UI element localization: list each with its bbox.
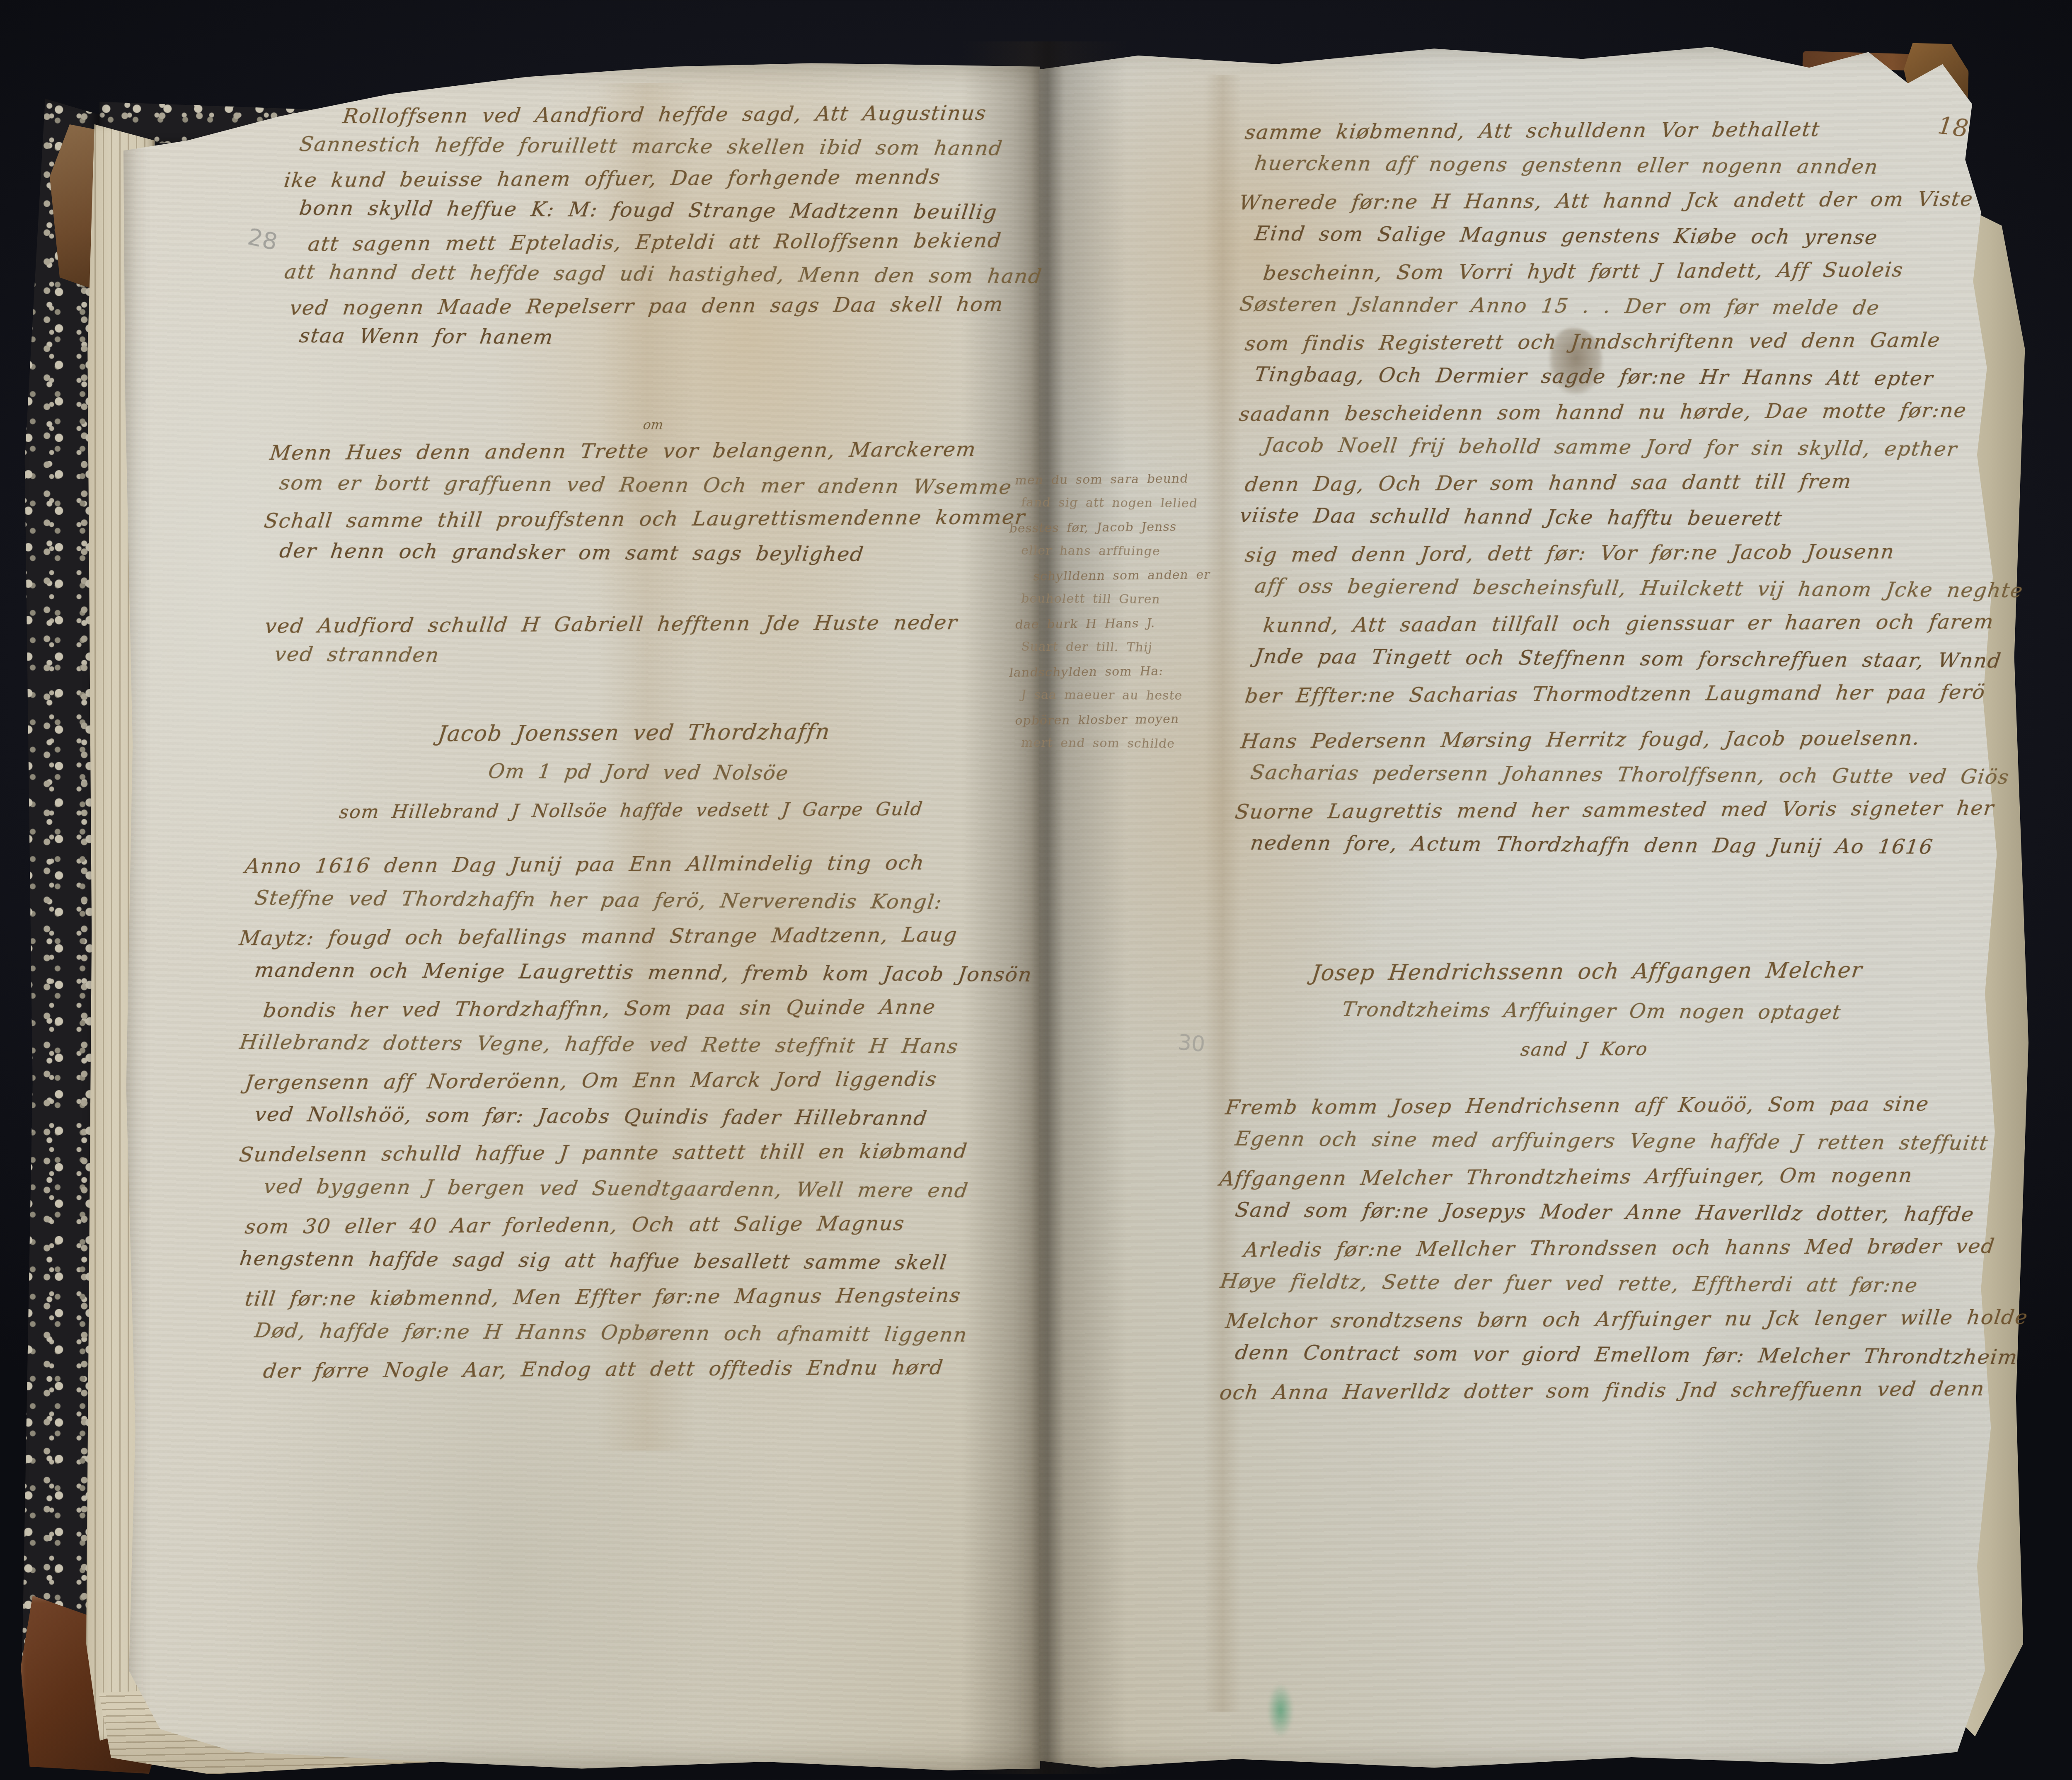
manuscript-line: viiste Daa schulld hannd Jcke hafftu beu…	[1237, 498, 2026, 538]
manuscript-line: Jacob Noell frij beholld samme Jord for …	[1261, 427, 2026, 467]
manuscript-line: dae burk H Hans J.	[1013, 610, 1274, 637]
left-heading: Jacob Joenssen ved ThordzhaffnOm 1 pd Jo…	[257, 714, 1011, 831]
manuscript-line: hengstenn haffde sagd sig att haffue bes…	[237, 1240, 1034, 1281]
manuscript-line: Schall samme thill prouffstenn och Laugr…	[262, 500, 1028, 538]
manuscript-line: ved byggenn J bergen ved Suendtgaardenn,…	[261, 1168, 1034, 1209]
manuscript-line: Trondtzheims Arffuinger Om nogen optaget	[1246, 989, 1938, 1032]
manuscript-line: Sand som før:ne Josepys Moder Anne Haver…	[1233, 1192, 2030, 1233]
manuscript-line: ber Effter:ne Sacharias Thormodtzenn Lau…	[1243, 674, 2026, 714]
manuscript-line: kunnd, Att saadan tillfall och gienssuar…	[1261, 604, 2026, 643]
manuscript-line: Om 1 pd Jord ved Nolsöe	[264, 751, 1014, 794]
manuscript-line: Anno 1616 denn Dag Junij paa Enn Allmind…	[243, 844, 1035, 884]
manuscript-line: som findis Registerett och Jnndschriften…	[1243, 322, 2026, 361]
right-gutter-marginal-note: men du som sara beundfand sig att nogen …	[1015, 467, 1272, 756]
right-closing-signatures: Hans Pedersenn Mørsing Herritz fougd, Ja…	[1241, 722, 2010, 863]
manuscript-line: Fremb komm Josep Hendrichsenn aff Kouöö,…	[1223, 1086, 2030, 1126]
right-heading: Josep Hendrichssenn och Affgangen Melche…	[1239, 952, 1935, 1069]
manuscript-line: denn Contract som vor giord Emellom før:…	[1233, 1335, 2030, 1376]
manuscript-line: huerckenn aff nogens genstenn eller noge…	[1252, 145, 2026, 185]
manuscript-line: staa Wenn for hanem	[298, 320, 1044, 356]
manuscript-line: ved nogenn Maade Repelserr paa denn sags…	[288, 288, 1045, 324]
manuscript-line: Sacharias pedersenn Johannes Thorolffsen…	[1248, 755, 2011, 794]
manuscript-line: Egenn och sine med arffuingers Vegne haf…	[1233, 1121, 2030, 1162]
manuscript-line: nedenn fore, Actum Thordzhaffn denn Dag …	[1248, 825, 2011, 865]
manuscript-line: ike kund beuisse hanem offuer, Dae forhg…	[282, 160, 1045, 196]
manuscript-line: Jacob Joenssen ved Thordzhaffn	[254, 712, 1014, 755]
manuscript-line: Søsteren Jslannder Anno 15 . . Der om fø…	[1237, 286, 2026, 327]
manuscript-line: Arledis før:ne Mellcher Throndssen och h…	[1242, 1228, 2030, 1268]
manuscript-line: landschylden som Ha:	[1007, 659, 1274, 685]
manuscript-line: beuholett till Guren	[1019, 587, 1273, 613]
left-paragraph-2: Menn Hues denn andenn Trette vor belange…	[270, 434, 1025, 570]
manuscript-line: Suorne Laugrettis mend her sammested med…	[1233, 790, 2012, 830]
manuscript-line: till før:ne kiøbmennd, Men Effter før:ne…	[243, 1277, 1035, 1317]
manuscript-line: Rolloffsenn ved Aandfiord heffde sagd, A…	[341, 97, 1045, 133]
manuscript-photo: { "document": { "description": "Open bou…	[0, 0, 2072, 1780]
manuscript-line: der førre Nogle Aar, Endog att dett offt…	[261, 1349, 1035, 1389]
left-paragraph-3: ved Audfiord schulld H Gabriell hefftenn…	[265, 608, 957, 672]
manuscript-line: besstes før, Jacob Jenss	[1007, 514, 1274, 541]
manuscript-line: och Anna Haverlldz dotter som findis Jnd…	[1218, 1371, 2030, 1411]
manuscript-line: men du som sara beund	[1013, 466, 1274, 493]
manuscript-line: bonn skylld heffue K: M: fougd Strange M…	[298, 192, 1044, 229]
manuscript-line: Wnerede før:ne H Hanns, Att hannd Jck an…	[1237, 181, 2026, 220]
manuscript-line: opbören klosber moyen	[1013, 707, 1274, 733]
manuscript-line: Sannestich heffde foruillett marcke skel…	[298, 128, 1044, 165]
manuscript-line: aff oss begierend bescheinsfull, Huilcke…	[1252, 568, 2026, 608]
manuscript-line: bescheinn, Som Vorri hydt førtt J landet…	[1261, 252, 2026, 291]
left-paragraph-1: Rolloffsenn ved Aandfiord heffde sagd, A…	[290, 99, 1042, 354]
manuscript-line: eller hans arffuinge	[1019, 539, 1273, 564]
manuscript-line: Steffne ved Thordzhaffn her paa ferö, Ne…	[252, 880, 1034, 920]
manuscript-line: Jnde paa Tingett och Steffnenn som forsc…	[1252, 639, 2026, 678]
manuscript-line: Josep Hendrichssenn och Affgangen Melche…	[1237, 951, 1938, 993]
manuscript-line: samme kiøbmennd, Att schulldenn Vor beth…	[1243, 111, 2026, 150]
manuscript-line: Melchor srondtzsens børn och Arffuinger …	[1223, 1300, 2030, 1339]
manuscript-line: Sundelsenn schulld haffue J pannte satte…	[237, 1133, 1035, 1173]
green-smudge-stain	[1267, 1683, 1294, 1737]
manuscript-line: som er bortt graffuenn ved Roenn Och mer…	[277, 466, 1027, 505]
manuscript-line: Høye fieldtz, Sette der fuer ved rette, …	[1218, 1264, 2030, 1304]
manuscript-line: sand J Koro	[1231, 1029, 1938, 1071]
right-paragraph-1: samme kiøbmennd, Att schulldenn Vor beth…	[1245, 113, 2024, 712]
manuscript-line: ved Audfiord schulld H Gabriell hefftenn…	[263, 607, 960, 642]
manuscript-line: att sagenn mett Epteladis, Epteldi att R…	[306, 224, 1045, 260]
manuscript-line: sig med denn Jord, dett før: Vor før:ne …	[1243, 533, 2026, 573]
manuscript-line: ved strannden	[273, 638, 959, 674]
manuscript-line: Hillebrandz dotters Vegne, haffde ved Re…	[237, 1024, 1034, 1065]
manuscript-line: Død, haffde før:ne H Hanns Opbørenn och …	[252, 1313, 1034, 1353]
manuscript-line: J saa maeuer au heste	[1019, 683, 1273, 709]
manuscript-line: Affgangenn Melcher Throndtzheims Arffuin…	[1218, 1157, 2030, 1197]
manuscript-line: ved Nollshöö, som før: Jacobs Quindis fa…	[252, 1096, 1034, 1137]
manuscript-line: bondis her ved Thordzhaffnn, Som paa sin…	[261, 988, 1035, 1029]
manuscript-line: fand sig att nogen lelied	[1019, 491, 1273, 516]
left-interline-word: om	[642, 418, 664, 433]
pencil-folio-mark-right: 30	[1177, 1030, 1206, 1057]
manuscript-line: Suart der till. Thij	[1019, 635, 1273, 661]
manuscript-line: Eind som Salige Magnus genstens Kiøbe oc…	[1252, 216, 2026, 256]
manuscript-line: schylldenn som anden er	[1031, 562, 1274, 589]
manuscript-line: Menn Hues denn andenn Trette vor belange…	[268, 432, 1028, 470]
manuscript-line: saadann bescheidenn som hannd nu hørde, …	[1237, 392, 2026, 432]
manuscript-line: att hannd dett heffde sagd udi hastighed…	[283, 256, 1044, 292]
left-paragraph-4: Anno 1616 denn Dag Junij paa Enn Allmind…	[245, 846, 1033, 1387]
manuscript-line: Tingbaag, Och Dermier sagde før:ne Hr Ha…	[1252, 357, 2026, 397]
manuscript-line: som Hillebrand J Nollsöe haffde vedsett …	[249, 789, 1014, 833]
manuscript-line: Maytz: fougd och befallings mannd Strang…	[237, 916, 1035, 957]
manuscript-line: mandenn och Menige Laugrettis mennd, fre…	[252, 952, 1034, 993]
manuscript-line: mert end som schilde	[1019, 731, 1273, 757]
manuscript-line: Hans Pedersenn Mørsing Herritz fougd, Ja…	[1239, 720, 2012, 759]
manuscript-line: som 30 eller 40 Aar forledenn, Och att S…	[243, 1205, 1035, 1245]
manuscript-line: Jergensenn aff Norderöenn, Om Enn Marck …	[243, 1061, 1035, 1101]
manuscript-line: der henn och grandsker om samt sags beyl…	[277, 534, 1027, 573]
right-paragraph-2: Fremb komm Josep Hendrichsenn aff Kouöö,…	[1226, 1088, 2028, 1409]
manuscript-line: denn Dag, Och Der som hannd saa dantt ti…	[1243, 463, 2026, 502]
